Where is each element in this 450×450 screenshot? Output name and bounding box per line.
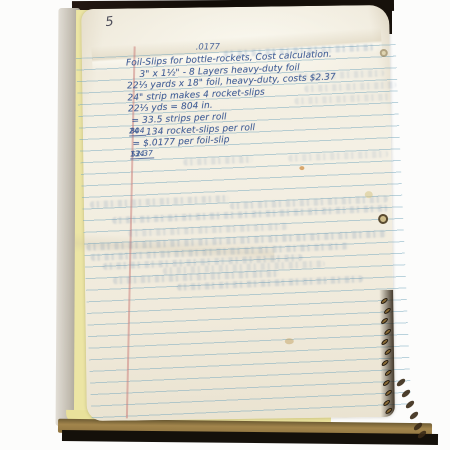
margin-note: .0177 [196, 42, 220, 52]
notebook-photo: 5 .0177 Foil-Slips for bottle-rockets, C… [0, 0, 450, 450]
binding-hole [380, 49, 388, 57]
stain [299, 166, 304, 170]
fraction-denominator: 134 [130, 150, 145, 159]
page-number: 5 [105, 14, 115, 30]
coil-mark [409, 410, 420, 420]
binding-hole [378, 214, 388, 224]
notebook-page: 5 .0177 Foil-Slips for bottle-rockets, C… [81, 5, 395, 421]
stain [365, 191, 373, 198]
